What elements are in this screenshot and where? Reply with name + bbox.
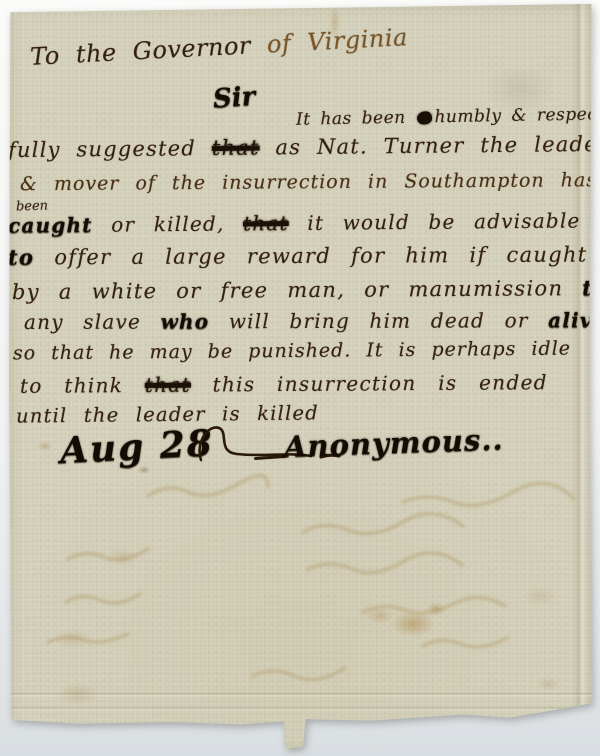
letter-text: as Nat. Turner the leader bbox=[259, 132, 600, 160]
letter-text: will bring him dead or bbox=[209, 308, 548, 333]
heavy-word: caught bbox=[8, 213, 93, 238]
letter-line: fully suggested that as Nat. Turner the … bbox=[8, 133, 600, 162]
letter-line: to think that this insurrection is ended bbox=[20, 371, 548, 397]
heavy-word: to bbox=[8, 244, 34, 269]
heading-addressee-place: of Virginia bbox=[250, 23, 408, 59]
letter-line: to offer a large reward for him if caugh… bbox=[8, 242, 588, 269]
letter-text: it would be advisable bbox=[289, 209, 581, 236]
ink-blot bbox=[416, 111, 431, 124]
ink-bleedthrough-marks bbox=[8, 474, 592, 704]
opening-text: It has been bbox=[296, 108, 416, 130]
heavy-word: alive bbox=[548, 308, 600, 332]
struck-word: that bbox=[212, 136, 260, 160]
heading-addressee: To the Governor bbox=[30, 31, 252, 71]
letter-heading: To the Governor of Virginia bbox=[30, 24, 409, 70]
letter-text: to think bbox=[20, 373, 145, 398]
letter-text: any slave bbox=[24, 310, 161, 334]
letter-line-opening: It has been humbly & respect bbox=[296, 105, 600, 129]
scanned-letter-photo: To the Governor of Virginia Sir It has b… bbox=[0, 0, 600, 756]
signature: Anonymous.. bbox=[284, 424, 504, 464]
letter-line: caught or killed, that it would be advis… bbox=[8, 210, 581, 237]
horizontal-crease bbox=[8, 706, 592, 711]
letter-line: & mover of the insurrection in Southampt… bbox=[20, 170, 600, 195]
letter-text: offer a large reward for him if caught bbox=[34, 242, 587, 269]
letter-text: by a white or free man, or manumission bbox=[12, 276, 582, 304]
letter-line: so that he may be punished. It is perhap… bbox=[13, 339, 571, 365]
letter-line: any slave who will bring him dead or ali… bbox=[24, 309, 600, 333]
letter-text: & mover of the insurrection in Southampt… bbox=[20, 169, 600, 195]
heavy-word: who bbox=[161, 309, 210, 333]
opening-text: humbly & respect bbox=[434, 104, 600, 127]
date-line: Aug 28 bbox=[59, 424, 215, 472]
letter-text: fully suggested bbox=[8, 136, 212, 162]
letter-paper: To the Governor of Virginia Sir It has b… bbox=[8, 4, 592, 752]
heavy-word: to bbox=[582, 275, 600, 300]
letter-text: so that he may be punished. It is perhap… bbox=[13, 338, 571, 365]
salutation: Sir bbox=[212, 83, 256, 114]
letter-text: or killed, bbox=[93, 211, 244, 236]
struck-word: that bbox=[243, 211, 289, 235]
paper-shadow: To the Governor of Virginia Sir It has b… bbox=[0, 0, 600, 756]
letter-text: this insurrection is ended bbox=[191, 370, 548, 396]
struck-word: that bbox=[145, 373, 191, 397]
letter-line: by a white or free man, or manumission t… bbox=[12, 276, 600, 304]
